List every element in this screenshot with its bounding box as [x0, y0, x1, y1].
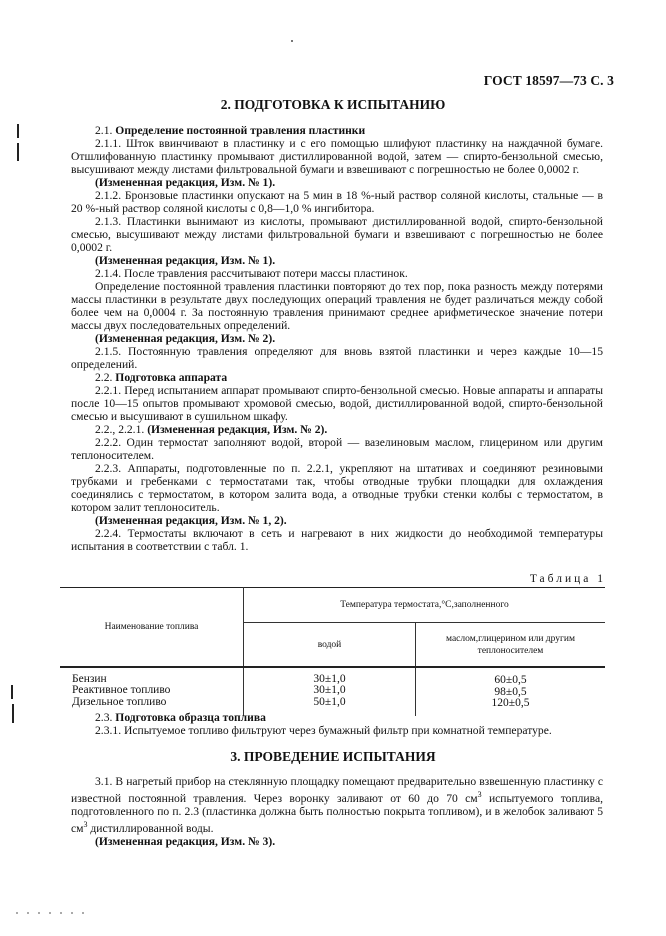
fuel-name: Дизельное топливо	[72, 697, 243, 709]
oil-temp: 60±0,5	[416, 675, 605, 687]
oil-temp: 120±0,5	[416, 698, 605, 710]
clause-2-1-4: 2.1.4. После травления рассчитывают поте…	[71, 267, 603, 280]
running-head: ГОСТ 18597—73 С. 3	[484, 73, 614, 89]
amendment-note: (Измененная редакция, Изм. № 3).	[71, 835, 603, 848]
clause-2-1-2: 2.1.2. Бронзовые пластинки опускают на 5…	[71, 189, 603, 215]
clause-2-1: 2.1. Определение постоянной травления пл…	[71, 124, 603, 137]
amendment-text: (Измененная редакция, Изм. № 1).	[95, 176, 275, 189]
amendment-text: (Измененная редакция, Изм. № 3).	[95, 835, 275, 848]
amendment-note: (Измененная редакция, Изм. № 1).	[71, 254, 603, 267]
clause-2-2-2: 2.2.2. Один термостат заполняют водой, в…	[71, 436, 603, 462]
section-3-body: 3.1. В нагретый прибор на стеклянную пло…	[71, 775, 603, 848]
water-values-cell: 30±1,0 30±1,0 50±1,0	[244, 667, 416, 716]
fuel-name: Реактивное топливо	[72, 685, 243, 697]
margin-change-mark	[17, 124, 19, 138]
clause-2-2-4: 2.2.4. Термостаты включают в сеть и нагр…	[71, 527, 603, 553]
amendment-text: (Измененная редакция, Изм. № 1).	[95, 254, 275, 267]
clause-text: дистиллированной воды.	[87, 822, 213, 835]
amendment-text: (Измененная редакция, Изм. № 1, 2).	[95, 514, 287, 527]
amendment-note: (Измененная редакция, Изм. № 1, 2).	[71, 514, 603, 527]
section-2-title: 2. ПОДГОТОВКА К ИСПЫТАНИЮ	[0, 97, 666, 113]
section-3-title: 3. ПРОВЕДЕНИЕ ИСПЫТАНИЯ	[0, 749, 666, 765]
amendment-text: (Измененная редакция, Изм. № 2).	[147, 423, 327, 436]
clause-3-1: 3.1. В нагретый прибор на стеклянную пло…	[71, 775, 603, 835]
oil-values-cell: 60±0,5 98±0,5 120±0,5	[416, 667, 606, 716]
table-body-row: Бензин Реактивное топливо Дизельное топл…	[60, 667, 605, 716]
table-caption: Таблица 1	[530, 573, 606, 585]
amendment-text: (Измененная редакция, Изм. № 2).	[95, 332, 275, 345]
table-1: Наименование топлива Температура термост…	[60, 587, 605, 716]
header-oil: маслом,глицерином или другим теплоносите…	[416, 623, 606, 667]
clause-2-2-1: 2.2.1. Перед испытанием аппарат промываю…	[71, 384, 603, 423]
scan-speck	[291, 40, 293, 42]
clause-heading: Подготовка образца топлива	[115, 711, 266, 724]
water-temp: 50±1,0	[244, 697, 415, 709]
clause-2-3: 2.3. Подготовка образца топлива	[71, 711, 603, 724]
header-fuel-name: Наименование топлива	[60, 588, 244, 668]
amendment-note: (Измененная редакция, Изм. № 2).	[71, 332, 603, 345]
water-temp: 30±1,0	[244, 685, 415, 697]
header-water: водой	[244, 623, 416, 667]
section-2-body: 2.1. Определение постоянной травления пл…	[71, 124, 603, 553]
margin-change-mark	[11, 685, 13, 699]
margin-change-mark	[12, 704, 14, 723]
amendment-note: (Измененная редакция, Изм. № 1).	[71, 176, 603, 189]
clause-2-3-1: 2.3.1. Испытуемое топливо фильтруют чере…	[71, 724, 603, 737]
clause-heading: Подготовка аппарата	[115, 371, 227, 384]
clause-number: 2.3.	[95, 711, 112, 724]
fuel-names-cell: Бензин Реактивное топливо Дизельное топл…	[60, 667, 244, 716]
clause-2-1-1: 2.1.1. Шток ввинчивают в пластинку и с е…	[71, 137, 603, 176]
clause-heading: Определение постоянной травления пластин…	[115, 124, 365, 137]
section-2-3-body: 2.3. Подготовка образца топлива 2.3.1. И…	[71, 711, 603, 737]
scan-artifact	[16, 912, 91, 914]
header-thermostat-temperature: Температура термостата,°С,заполненного	[244, 588, 606, 623]
clause-2-2-3: 2.2.3. Аппараты, подготовленные по п. 2.…	[71, 462, 603, 514]
document-page: ГОСТ 18597—73 С. 3 2. ПОДГОТОВКА К ИСПЫТ…	[0, 0, 666, 936]
clause-2-1-3: 2.1.3. Пластинки вынимают из кислоты, пр…	[71, 215, 603, 254]
margin-change-mark	[17, 143, 19, 161]
clause-2-2: 2.2. Подготовка аппарата	[71, 371, 603, 384]
clause-2-1-4-continued: Определение постоянной травления пластин…	[71, 280, 603, 332]
clause-number: 2.1.	[95, 124, 112, 137]
clause-2-1-5: 2.1.5. Постоянную травления определяют д…	[71, 345, 603, 371]
clause-number: 2.2.	[95, 371, 112, 384]
amendment-note: 2.2., 2.2.1. (Измененная редакция, Изм. …	[71, 423, 603, 436]
amendment-prefix: 2.2., 2.2.1.	[95, 423, 144, 436]
